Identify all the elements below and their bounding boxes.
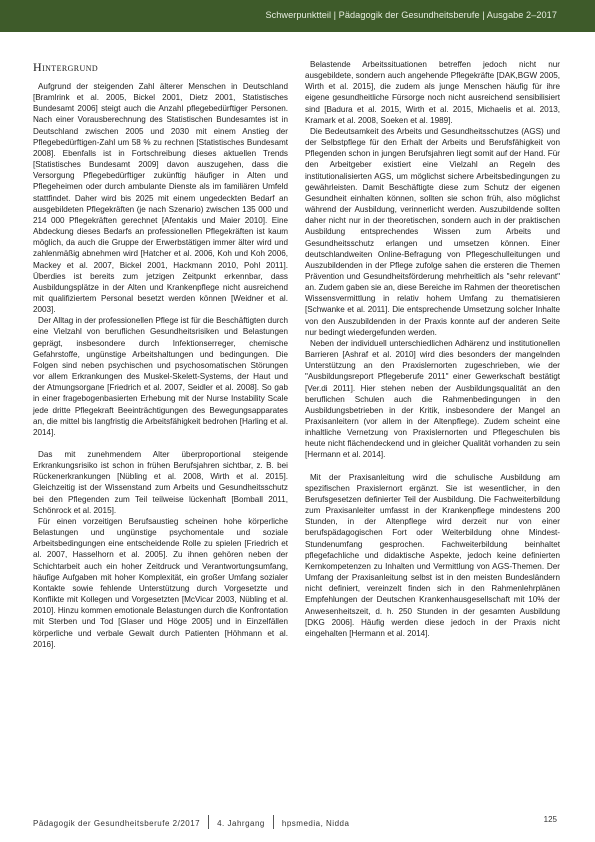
paragraph: Für einen vorzeitigen Berufsaustieg sche… <box>33 516 288 650</box>
paragraph: Belastende Arbeitssituationen betreffen … <box>305 59 560 126</box>
running-header-bar: Schwerpunktteil | Pädagogik der Gesundhe… <box>0 0 595 32</box>
left-text-column: Aufgrund der steigenden Zahl älterer Men… <box>33 81 288 650</box>
page-number: 125 <box>544 815 557 824</box>
paragraph: Der Alltag in der professionellen Pflege… <box>33 315 288 438</box>
paragraph: Neben der individuell unterschiedlichen … <box>305 338 560 461</box>
footer-publisher: hpsmedia, Nidda <box>282 819 350 828</box>
footer-divider <box>208 815 209 829</box>
page-footer: Pädagogik der Gesundheitsberufe 2/20174.… <box>33 815 560 827</box>
footer-journal: Pädagogik der Gesundheitsberufe 2/2017 <box>33 819 200 828</box>
running-header-title: Schwerpunktteil | Pädagogik der Gesundhe… <box>265 10 557 20</box>
footer-divider <box>273 815 274 829</box>
paragraph: Mit der Praxisanleitung wird die schulis… <box>305 472 560 639</box>
paragraph: Die Bedeutsamkeit des Arbeits und Gesund… <box>305 126 560 338</box>
paragraph: Aufgrund der steigenden Zahl älterer Men… <box>33 81 288 315</box>
footer-volume: 4. Jahrgang <box>217 819 265 828</box>
right-text-column: Belastende Arbeitssituationen betreffen … <box>305 59 560 639</box>
paragraph: Das mit zunehmendem Alter überproportion… <box>33 449 288 516</box>
section-heading: Hintergrund <box>33 60 98 75</box>
